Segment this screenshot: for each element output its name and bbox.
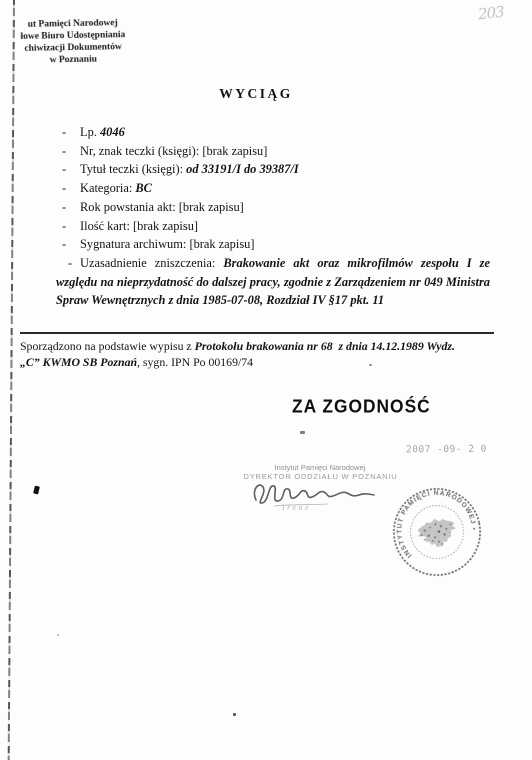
field-value: [brak zapisu] [189,237,254,251]
field-label: Kategoria: [80,181,132,195]
ink-dot [233,713,236,716]
record-field-list: -Lp. 4046 -Nr, znak teczki (księgi): [br… [56,123,490,310]
list-item: -Nr, znak teczki (księgi): [brak zapisu] [56,142,490,161]
scanned-document-page: 203 ut Pamięci Narodowej łowe Biuro Udos… [0,0,532,760]
field-value: 4046 [100,125,125,139]
bullet-dash: - [62,123,80,142]
list-item: -Rok powstania akt: [brak zapisu] [56,198,490,217]
list-item: -Sygnatura archiwum: [brak zapisu] [56,235,490,254]
field-label: Nr, znak teczki (księgi): [80,144,199,158]
field-label: Tytuł teczki (księgi): [80,162,183,176]
field-label: Lp. [80,125,97,139]
certification-stamp-text: ZA ZGODNOŚĆ [292,396,431,418]
basis-roman-text: Sporządzono na podstawie wypisu z [20,339,195,353]
basis-note: Sporządzono na podstawie wypisu z Protok… [20,332,494,370]
ink-blot [33,486,40,495]
list-item: -Lp. 4046 [56,123,490,142]
bullet-dash: - [62,217,80,236]
ink-dash [300,431,305,434]
field-label: Uzasadnienie zniszczenia: [80,256,215,270]
field-value: [brak zapisu] [133,219,198,233]
list-item: -Ilość kart: [brak zapisu] [56,217,490,236]
scan-edge-artifact [8,0,15,760]
polish-eagle-icon [415,515,459,551]
field-label: Sygnatura archiwum: [80,237,186,251]
signature-name-faint: Irene [282,503,311,512]
bullet-dash: - [62,179,80,198]
bullet-dash: - [62,254,80,273]
ink-dot [369,364,372,366]
field-value: [brak zapisu] [179,200,244,214]
bullet-dash: - [62,142,80,161]
bullet-dash: - [62,198,80,217]
basis-italic-text: „C” KWMO SB Poznań [20,355,137,369]
header-stamp-line: w Poznaniu [2,53,144,67]
signature-scribble [248,478,393,510]
bullet-dash: - [62,235,80,254]
signature-org-line: Instytut Pamięci Narodowej [240,463,400,472]
basis-roman-text: , sygn. IPN Po 00169/74 [137,355,253,369]
field-value: od 33191/I do 39387/I [186,162,299,176]
basis-note-line2: „C” KWMO SB Poznań, sygn. IPN Po 00169/7… [20,354,494,370]
basis-italic-text: Protokołu brakowania nr 68 z dnia 14.12.… [195,339,455,353]
ink-dot [57,634,59,636]
list-item: -Tytuł teczki (księgi): od 33191/I do 39… [56,160,490,179]
office-header-stamp: ut Pamięci Narodowej łowe Biuro Udostępn… [2,17,145,67]
field-value: BC [135,181,152,195]
list-item-justification: -Uzasadnienie zniszczenia: Brakowanie ak… [56,254,490,310]
official-round-stamp: INSTYTUT PAMIĘCI NARODOWEJ • [379,474,495,590]
field-value: [brak zapisu] [202,144,267,158]
date-stamp: 2007 -09- 2 0 [406,444,487,456]
bullet-dash: - [62,160,80,179]
field-label: Rok powstania akt: [80,200,176,214]
document-title: WYCIĄG [0,86,512,102]
field-label: Ilość kart: [80,219,130,233]
basis-note-line1: Sporządzono na podstawie wypisu z Protok… [20,338,494,354]
pencil-page-number: 203 [477,3,504,24]
list-item: -Kategoria: BC [56,179,490,198]
